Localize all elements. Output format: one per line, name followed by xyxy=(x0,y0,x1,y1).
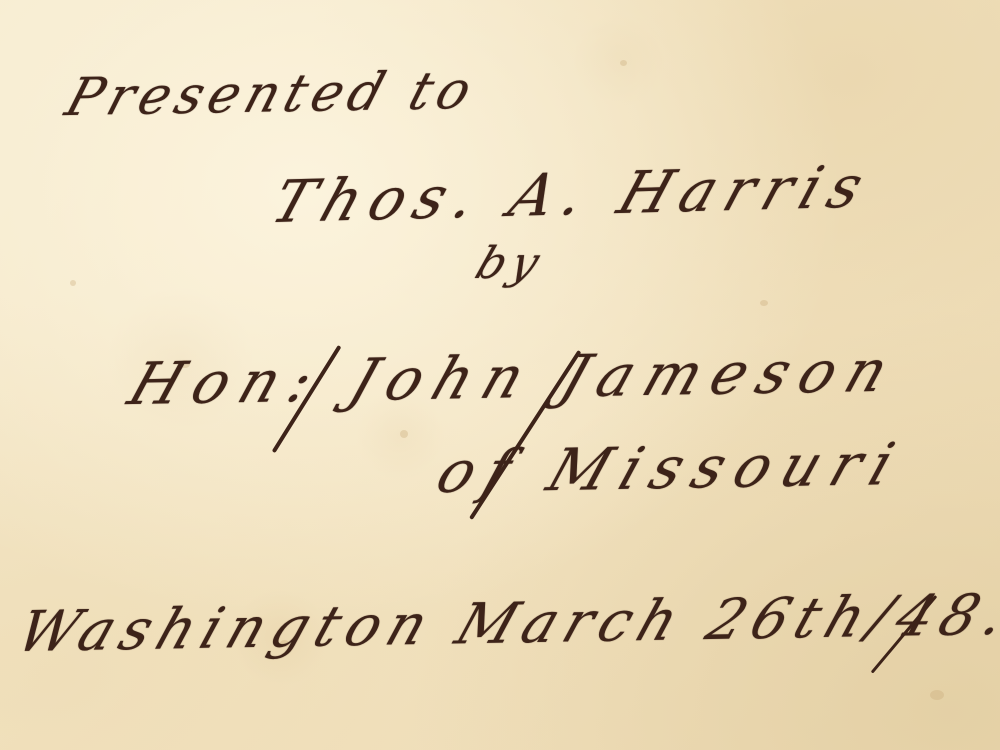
foxing-spot xyxy=(400,430,408,438)
foxing-spot xyxy=(930,690,944,700)
inscription-donor-name: Hon: John Jameson xyxy=(120,336,909,418)
foxing-spot xyxy=(70,280,76,286)
inscription-presented-to: Presented to xyxy=(59,61,485,128)
foxing-spot xyxy=(760,300,768,306)
foxing-spot xyxy=(620,60,627,66)
